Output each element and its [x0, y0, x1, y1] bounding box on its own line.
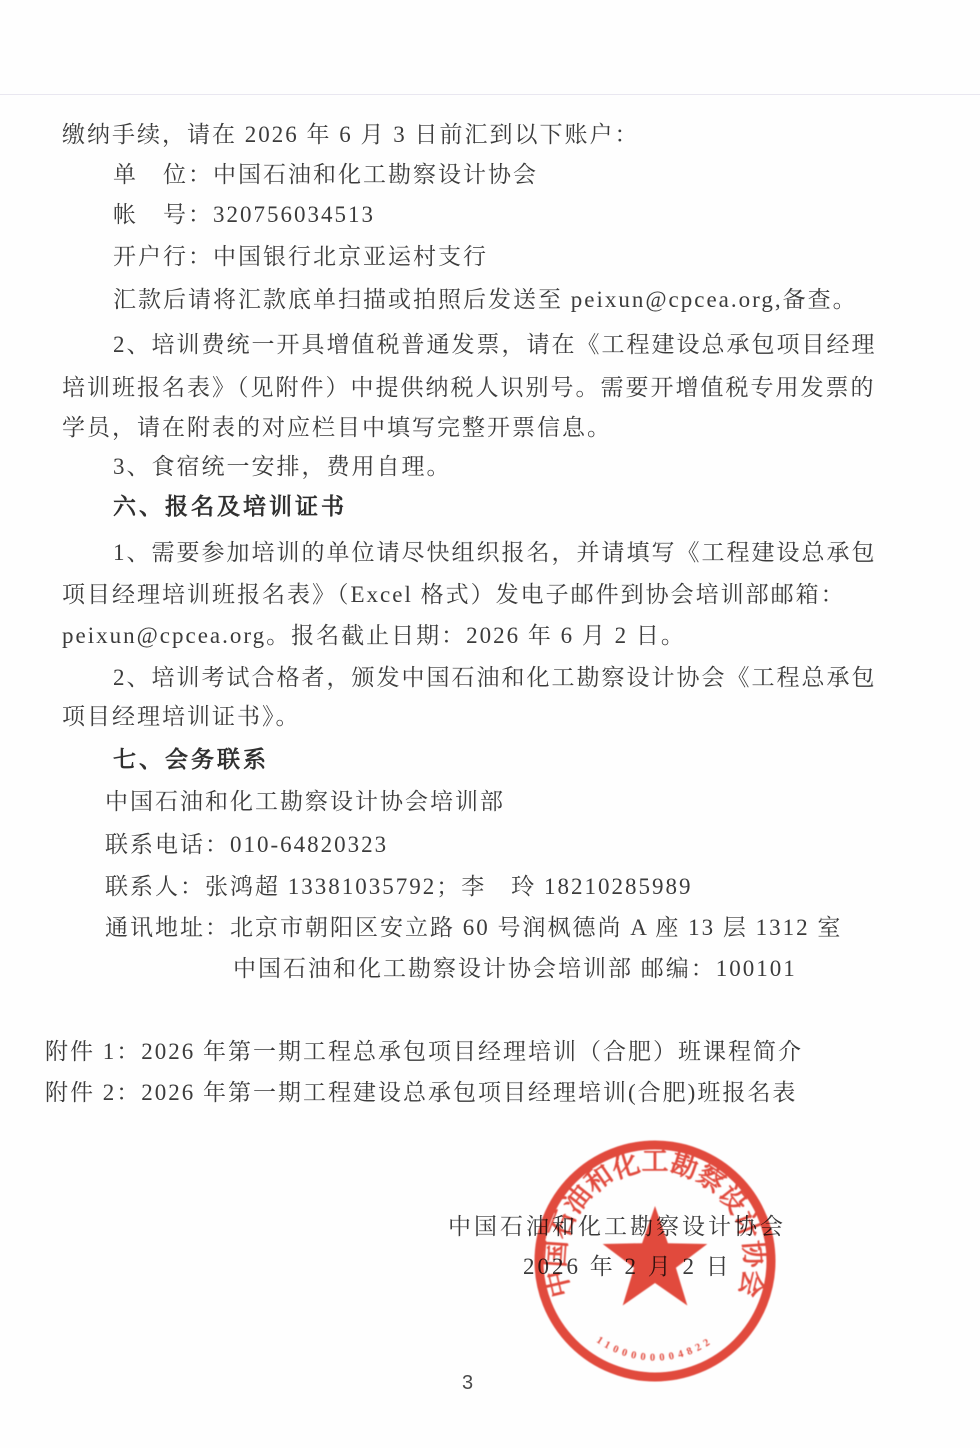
contact-persons-line: 联系人：张鸿超 13381035792；李 玲 18210285989 — [105, 872, 693, 902]
contact-phone-line: 联系电话：010-64820323 — [105, 830, 388, 860]
attachment-1-line: 附件 1：2026 年第一期工程总承包项目经理培训（合肥）班课程简介 — [45, 1037, 803, 1067]
scan-edge-line — [0, 94, 980, 95]
invoice-item-line-2: 培训班报名表》（见附件）中提供纳税人识别号。需要开增值税专用发票的 — [62, 373, 876, 403]
invoice-item-line-1: 2、培训费统一开具增值税普通发票，请在《工程建设总承包项目经理 — [113, 330, 877, 360]
seal-star-icon — [603, 1206, 708, 1306]
remittance-receipt-line: 汇款后请将汇款底单扫描或拍照后发送至 peixun@cpcea.org,备查。 — [113, 285, 858, 315]
attachment-2-line: 附件 2：2026 年第一期工程建设总承包项目经理培训(合肥)班报名表 — [45, 1078, 797, 1108]
mailing-address-line1: 通讯地址：北京市朝阳区安立路 60 号润枫德尚 A 座 13 层 1312 室 — [105, 913, 842, 943]
registration-item1-line3: peixun@cpcea.org。报名截止日期：2026 年 6 月 2 日。 — [62, 621, 686, 651]
meals-lodging-line: 3、食宿统一安排，费用自理。 — [113, 452, 452, 482]
invoice-item-line-3: 学员，请在附表的对应栏目中填写完整开票信息。 — [62, 413, 612, 443]
section-7-heading: 七、会务联系 — [113, 745, 269, 775]
page-number: 3 — [462, 1372, 473, 1395]
registration-item1-line2: 项目经理培训班报名表》（Excel 格式）发电子邮件到协会培训部邮箱： — [62, 580, 846, 610]
training-dept-line: 中国石油和化工勘察设计协会培训部 — [105, 787, 505, 817]
certificate-item2-line2: 项目经理培训证书》。 — [62, 702, 301, 732]
bank-branch-line: 开户行：中国银行北京亚运村支行 — [113, 242, 488, 272]
section-6-heading: 六、报名及培训证书 — [113, 492, 347, 522]
registration-item1-line1: 1、需要参加培训的单位请尽快组织报名，并请填写《工程建设总承包 — [113, 538, 877, 568]
mailing-address-line2: 中国石油和化工勘察设计协会培训部 邮编：100101 — [233, 954, 797, 984]
seal-code-text: 1100000004822 — [594, 1335, 716, 1364]
document-page: 缴纳手续，请在 2026 年 6 月 3 日前汇到以下账户： 单 位：中国石油和… — [0, 0, 980, 1448]
payment-deadline-line: 缴纳手续，请在 2026 年 6 月 3 日前汇到以下账户： — [62, 120, 640, 150]
official-seal-stamp: 中国石油和化工勘察设计协会 1100000004822 — [523, 1129, 787, 1393]
account-unit-line: 单 位：中国石油和化工勘察设计协会 — [113, 160, 538, 190]
account-number-line: 帐 号：320756034513 — [113, 200, 375, 230]
svg-text:1100000004822: 1100000004822 — [594, 1335, 716, 1364]
certificate-item2-line1: 2、培训考试合格者，颁发中国石油和化工勘察设计协会《工程总承包 — [113, 663, 877, 693]
